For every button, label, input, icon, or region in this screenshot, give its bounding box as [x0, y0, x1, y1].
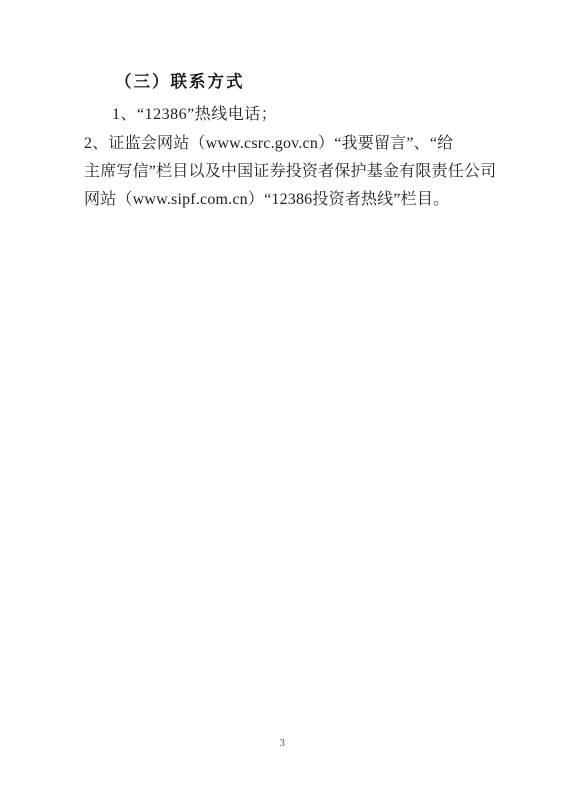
document-content: （三）联系方式 1、“12386”热线电话； 2、证监会网站（www.csrc.… [84, 70, 490, 214]
page-number: 3 [0, 738, 565, 749]
document-page: （三）联系方式 1、“12386”热线电话； 2、证监会网站（www.csrc.… [0, 0, 565, 800]
paragraph-websites-line-2: 主席写信”栏目以及中国证券投资者保护基金有限责任公司 [84, 158, 490, 186]
paragraph-hotline: 1、“12386”热线电话； [84, 100, 490, 130]
paragraph-websites: 2、证监会网站（www.csrc.gov.cn）“我要留言”、“给 主席写信”栏… [84, 130, 490, 214]
section-heading: （三）联系方式 [84, 70, 490, 94]
paragraph-websites-line-1: 2、证监会网站（www.csrc.gov.cn）“我要留言”、“给 [84, 130, 490, 158]
paragraph-websites-line-3: 网站（www.sipf.com.cn）“12386投资者热线”栏目。 [84, 186, 490, 214]
